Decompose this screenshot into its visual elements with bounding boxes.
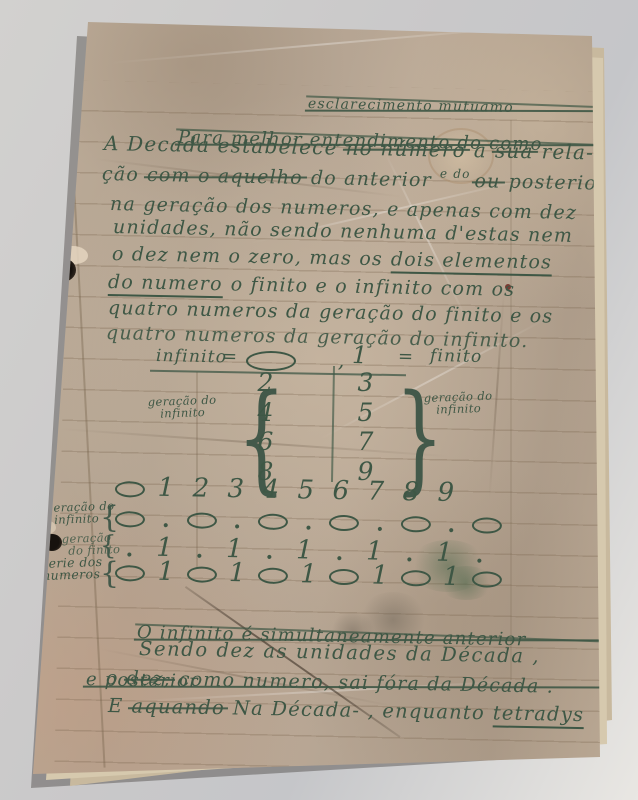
grid-symbol: 1 — [291, 559, 327, 590]
grid-symbol: . — [219, 504, 255, 535]
text: o dez nem o zero, mas os — [112, 243, 383, 270]
grid-symbol: . — [362, 506, 398, 537]
grid-symbol — [400, 570, 430, 587]
struck-text: aquando — [131, 694, 225, 719]
text: o finito e o infinito com os — [230, 273, 515, 300]
grid-symbol — [258, 568, 288, 585]
diagram-number: 3 — [348, 368, 383, 398]
struck-text: dez, — [126, 667, 171, 690]
equation-lhs: infinito — [156, 346, 228, 367]
text: Na Década- , enquanto — [233, 696, 485, 724]
grid-symbol — [472, 571, 502, 588]
grid-symbol: 1 — [219, 558, 255, 589]
diagram-left-column: 2468 — [248, 368, 283, 486]
digit-one: 1 — [352, 341, 369, 369]
grid-symbol: 1 — [434, 562, 470, 593]
grid-symbol: 7 — [358, 476, 394, 507]
label-line2: infinito — [436, 401, 481, 417]
grid-symbol — [115, 481, 145, 498]
label-line2: infinito — [160, 405, 205, 421]
diagram-number: 5 — [348, 398, 383, 428]
punch-hole-top — [48, 258, 76, 282]
text: a — [474, 138, 488, 162]
grid-symbol: 4 — [253, 474, 289, 505]
crease-line — [110, 25, 539, 64]
struck-text: sua — [495, 139, 534, 164]
text: rela- — [541, 139, 594, 164]
label-line2: numeros — [42, 566, 101, 583]
grid-symbol: 1 — [148, 473, 184, 504]
comma: , — [338, 348, 346, 372]
inserted-text: e do — [440, 166, 471, 181]
diagram-left-label: geração do infinito — [148, 394, 217, 420]
diagram-number: 7 — [348, 427, 383, 457]
text: A Decada estabelece — [104, 131, 338, 159]
grid-symbol: . — [148, 503, 184, 534]
grid-symbol: 8 — [393, 477, 429, 508]
punch-hole-bottom — [42, 534, 62, 551]
grid-symbol — [329, 569, 359, 586]
underlined-text: do numero — [108, 271, 223, 298]
text: o — [106, 667, 119, 689]
grid-symbol — [115, 565, 145, 582]
grid-symbol — [186, 512, 216, 529]
diagram-number: 2 — [248, 368, 283, 398]
grid-symbol — [400, 516, 430, 533]
grid-symbol: 9 — [428, 478, 464, 509]
equals-sign: = — [222, 346, 239, 367]
grid-symbol: 6 — [323, 476, 359, 507]
label-line2: infinito — [54, 511, 99, 527]
grid-symbol — [472, 517, 502, 534]
diagram-right-label: geração do infinito — [424, 390, 493, 416]
text: ção — [102, 163, 139, 186]
grid-symbol: 3 — [218, 474, 254, 505]
grid-symbol: 1 — [362, 560, 398, 591]
grid-symbol — [115, 511, 145, 528]
text: E — [108, 694, 124, 717]
equals-sign: = — [398, 346, 415, 367]
struck-text: ou — [474, 170, 500, 192]
photo-of-manuscript: esclarecimento mutuamo Para melhor enten… — [0, 0, 638, 800]
struck-text: no número — [345, 136, 466, 162]
grid-symbol: 5 — [288, 475, 324, 506]
manuscript-page: esclarecimento mutuamo Para melhor enten… — [0, 0, 638, 800]
grid-symbol: . — [434, 508, 470, 539]
grid-symbol — [329, 515, 359, 532]
grid-symbol: 2 — [183, 473, 219, 504]
text: do anterior — [311, 167, 432, 191]
grid-symbol: 1 — [148, 557, 184, 588]
underlined-text: dois elementos — [391, 248, 553, 276]
diagram-number: 4 — [248, 398, 283, 428]
struck-text: com o aquelho — [147, 164, 303, 189]
grid-label-row4: serie dos numeros — [42, 556, 104, 582]
grid-symbol — [186, 566, 216, 583]
grid-symbol — [258, 514, 288, 531]
equation-rhs: finito — [430, 346, 483, 367]
diagram-right-column: 3579 — [348, 368, 383, 486]
grid-symbol: . — [291, 505, 327, 536]
underlined-text: tetradys — [493, 701, 585, 729]
diagram-number: 6 — [248, 427, 283, 457]
text: posterior — [508, 171, 607, 195]
